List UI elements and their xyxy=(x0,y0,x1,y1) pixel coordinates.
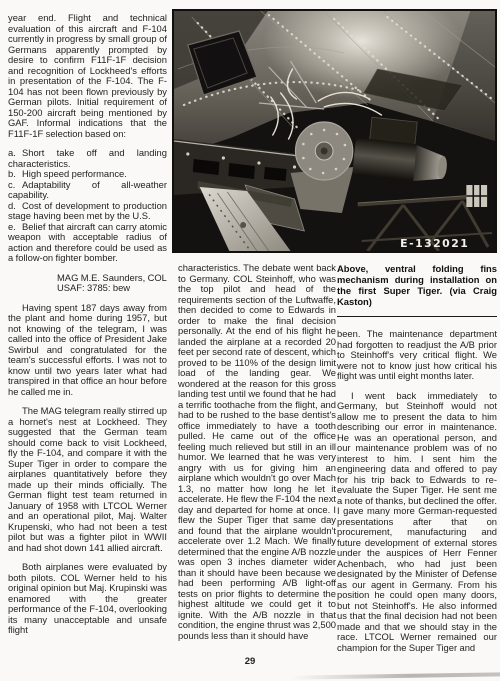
text-column-left: year end. Flight and technical evaluatio… xyxy=(8,13,167,655)
list-item: e.Belief that aircraft can carry atomic … xyxy=(8,222,167,264)
list-item: a.Short take off and landing characteris… xyxy=(8,148,167,169)
text-column-middle: characteristics. The debate went back to… xyxy=(178,263,336,655)
hangar-window xyxy=(466,185,487,207)
paragraph: been. The maintenance department had for… xyxy=(337,329,497,382)
list-item-text: Adaptability of all-weather capability. xyxy=(8,179,167,201)
list-item-text: Short take off and landing characteristi… xyxy=(8,147,167,169)
photo-caption: Above, ventral folding fins mechanism du… xyxy=(337,263,497,307)
book-page: year end. Flight and technical evaluatio… xyxy=(0,0,500,681)
list-item-text: High speed performance. xyxy=(22,168,127,179)
text-column-right: Above, ventral folding fins mechanism du… xyxy=(337,263,497,655)
list-item-letter: b. xyxy=(8,169,22,180)
caption-divider xyxy=(337,316,497,317)
list-item-text: Cost of development to production stage … xyxy=(8,200,167,222)
list-item: d.Cost of development to production stag… xyxy=(8,201,167,222)
scan-edge-shadow xyxy=(291,672,500,679)
list-item-text: Belief that aircraft can carry atomic we… xyxy=(8,221,167,264)
page-number: 29 xyxy=(0,656,500,667)
photo-id-label: E-132021 xyxy=(400,237,469,250)
paragraph: Both airplanes were evaluated by both pi… xyxy=(8,562,167,636)
list-item: c.Adaptability of all-weather capability… xyxy=(8,180,167,201)
paragraph: The MAG telegram really stirred up a hor… xyxy=(8,406,167,553)
paragraph: year end. Flight and technical evaluatio… xyxy=(8,13,167,139)
signature-line: USAF: 3785: bew xyxy=(57,283,167,294)
telegram-signature: MAG M.E. Saunders, COL USAF: 3785: bew xyxy=(57,273,167,294)
photo-illustration: E-132021 xyxy=(174,11,495,251)
paragraph: characteristics. The debate went back to… xyxy=(178,263,336,641)
paragraph: I went back immediately to Germany, but … xyxy=(337,391,497,654)
photo-ventral-fins: E-132021 xyxy=(172,9,497,253)
paragraph: Having spent 187 days away from the plan… xyxy=(8,303,167,398)
selection-criteria-list: a.Short take off and landing characteris… xyxy=(8,148,167,264)
